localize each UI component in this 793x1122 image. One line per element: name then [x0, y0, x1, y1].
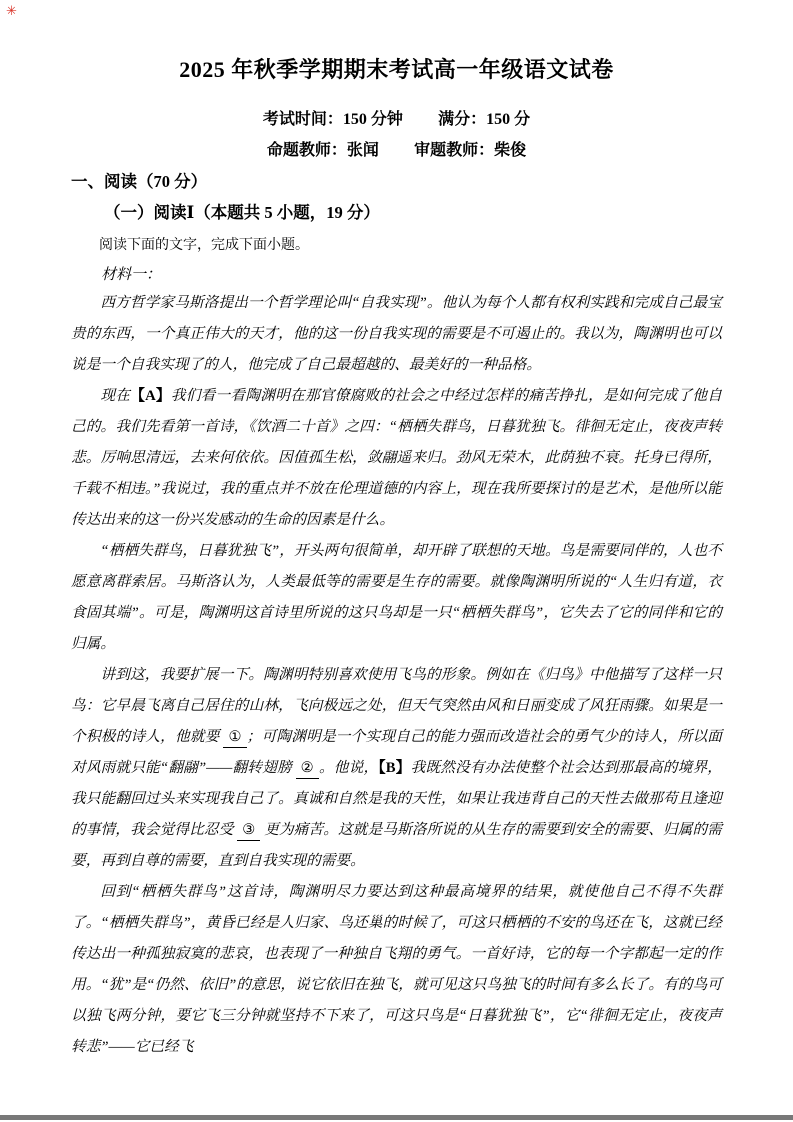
fill-blank-2: ② [296, 758, 319, 779]
page-bottom-divider [0, 1115, 793, 1120]
reviewer-label: 审题教师：柴俊 [414, 142, 526, 159]
material-one-label: 材料一： [71, 265, 722, 285]
fill-blank-3: ③ [237, 820, 260, 841]
mark-b-label: 【B】 [378, 760, 410, 776]
page-title: 2025 年秋季学期期末考试高一年级语文试卷 [71, 0, 722, 83]
material-body: 西方哲学家马斯洛提出一个哲学理论叫“自我实现”。他认为每个人都有权利实践和完成自… [71, 288, 722, 1063]
subsection-heading-reading-1: （一）阅读Ⅰ（本题共 5 小题，19 分） [71, 202, 722, 224]
document-page: ✳ 2025 年秋季学期期末考试高一年级语文试卷 考试时间：150 分钟满分：1… [0, 0, 793, 1122]
page-content: 2025 年秋季学期期末考试高一年级语文试卷 考试时间：150 分钟满分：150… [0, 0, 793, 1063]
material-paragraph-2: 现在【A】我们看一看陶渊明在那官僚腐败的社会之中经过怎样的痛苦挣扎，是如何完成了… [71, 381, 722, 536]
red-corner-mark-icon: ✳ [6, 4, 17, 17]
material-paragraph-3: “栖栖失群鸟，日暮犹独飞”，开头两句很简单，却开辟了联想的天地。鸟是需要同伴的，… [71, 536, 722, 660]
material-paragraph-5: 回到“栖栖失群鸟”这首诗，陶渊明尽力要达到这种最高境界的结果，就使他自己不得不失… [71, 877, 722, 1063]
question-setter-label: 命题教师：张闻 [267, 142, 379, 159]
section-heading-reading: 一、阅读（70 分） [71, 171, 722, 193]
paragraph-2-segment: 我们看一看陶渊明在那官僚腐败的社会之中经过怎样的痛苦挣扎，是如何完成了他自己的。… [71, 388, 722, 528]
teacher-info-line: 命题教师：张闻审题教师：柴俊 [71, 141, 722, 161]
full-score-label: 满分：150 分 [438, 111, 530, 128]
mark-a-label: 【A】 [130, 388, 171, 404]
paragraph-2-segment: 现在 [100, 388, 130, 404]
exam-time-label: 考试时间：150 分钟 [263, 111, 403, 128]
paragraph-4-segment: 。他说， [319, 760, 379, 776]
material-paragraph-4: 讲到这，我要扩展一下。陶渊明特别喜欢使用飞鸟的形象。例如在《归鸟》中他描写了这样… [71, 660, 722, 877]
material-paragraph-1: 西方哲学家马斯洛提出一个哲学理论叫“自我实现”。他认为每个人都有权利实践和完成自… [71, 288, 722, 381]
instruction-text: 阅读下面的文字，完成下面小题。 [71, 236, 722, 255]
fill-blank-1: ① [223, 727, 246, 748]
exam-info-line: 考试时间：150 分钟满分：150 分 [71, 110, 722, 130]
